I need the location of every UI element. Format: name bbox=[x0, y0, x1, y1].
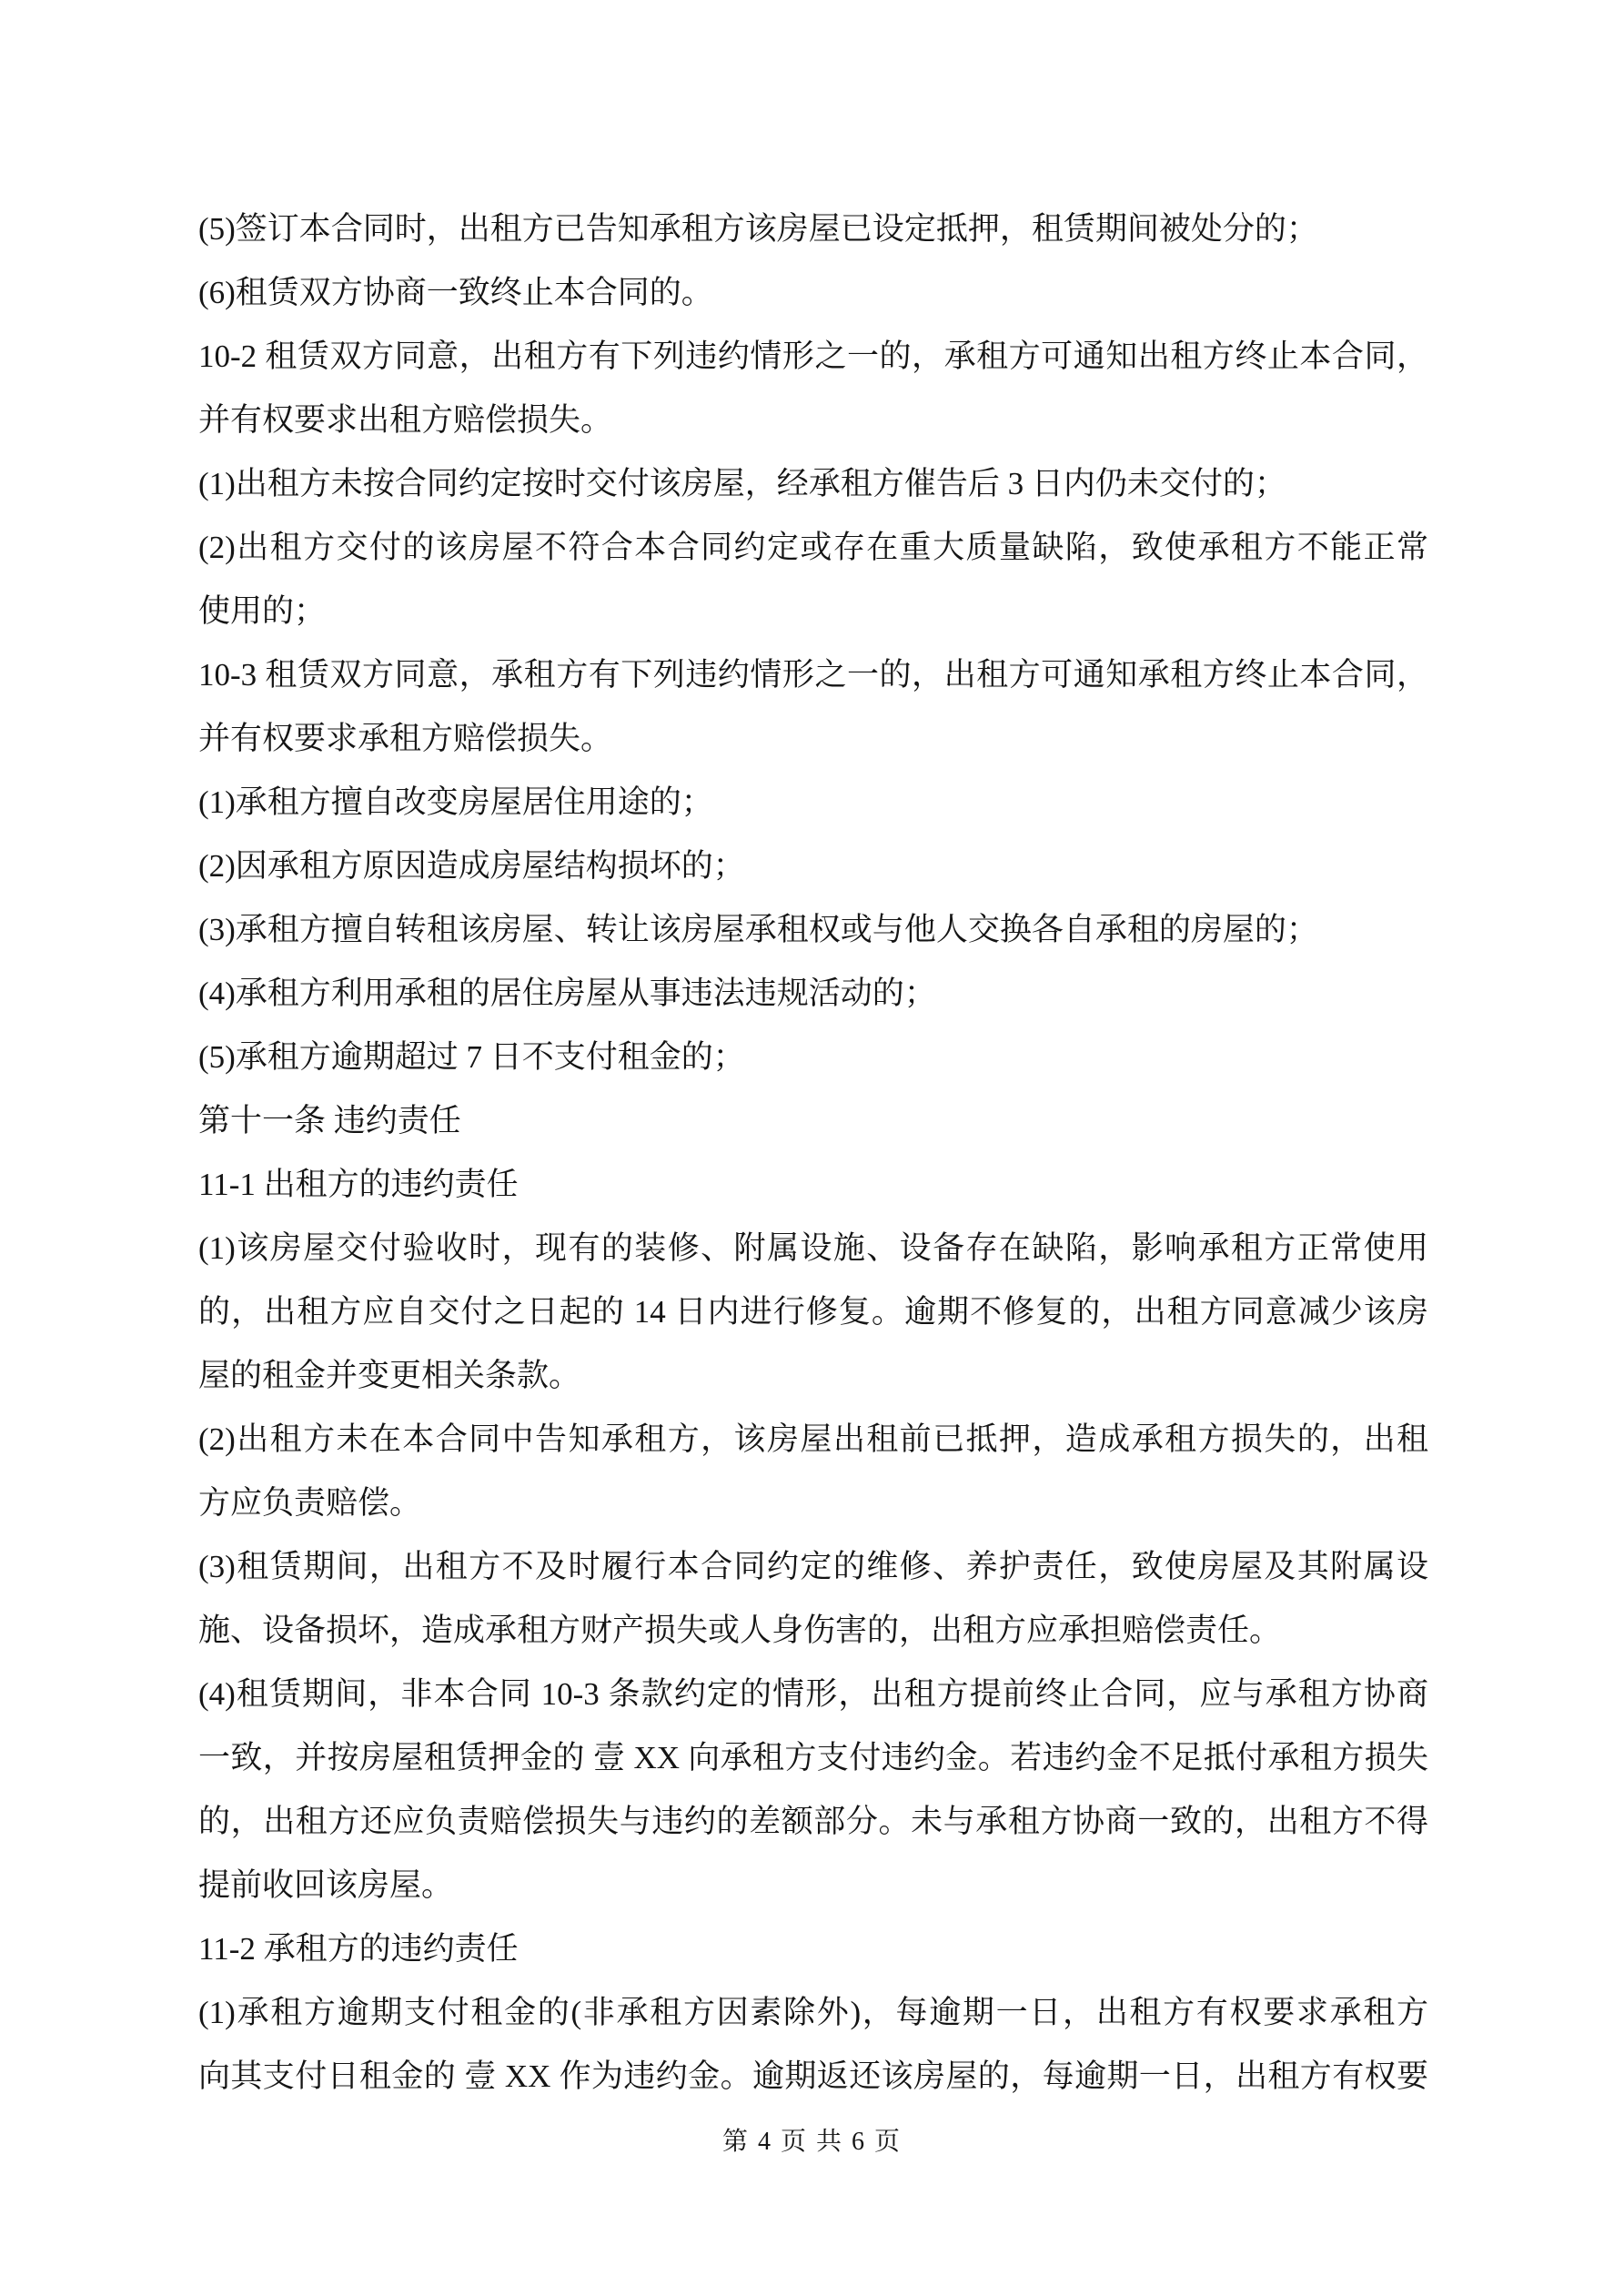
contract-line: (1)出租方未按合同约定按时交付该房屋，经承租方催告后 3 日内仍未交付的； bbox=[198, 452, 1428, 516]
contract-line: (2)出租方交付的该房屋不符合本合同约定或存在重大质量缺陷，致使承租方不能正常 bbox=[198, 516, 1428, 580]
page-number-footer: 第 4 页 共 6 页 bbox=[0, 2122, 1624, 2162]
contract-line: 11-2 承租方的违约责任 bbox=[198, 1917, 1428, 1981]
contract-line: 第十一条 违约责任 bbox=[198, 1089, 1428, 1153]
contract-line: 并有权要求出租方赔偿损失。 bbox=[198, 389, 1428, 452]
contract-line: 向其支付日租金的 壹 XX 作为违约金。逾期返还该房屋的，每逾期一日，出租方有权… bbox=[198, 2045, 1428, 2109]
contract-line: (1)承租方逾期支付租金的(非承租方因素除外)，每逾期一日，出租方有权要求承租方 bbox=[198, 1981, 1428, 2045]
contract-line: (4)承租方利用承租的居住房屋从事违法违规活动的； bbox=[198, 962, 1428, 1026]
contract-line: (2)因承租方原因造成房屋结构损坏的； bbox=[198, 834, 1428, 898]
contract-line: (3)租赁期间，出租方不及时履行本合同约定的维修、养护责任，致使房屋及其附属设 bbox=[198, 1535, 1428, 1599]
contract-line: (6)租赁双方协商一致终止本合同的。 bbox=[198, 261, 1428, 325]
contract-line: 的，出租方应自交付之日起的 14 日内进行修复。逾期不修复的，出租方同意减少该房 bbox=[198, 1280, 1428, 1344]
contract-line: 11-1 出租方的违约责任 bbox=[198, 1153, 1428, 1217]
document-body: (5)签订本合同时，出租方已告知承租方该房屋已设定抵押，租赁期间被处分的；(6)… bbox=[198, 197, 1428, 2109]
contract-line: 10-3 租赁双方同意，承租方有下列违约情形之一的，出租方可通知承租方终止本合同… bbox=[198, 643, 1428, 707]
contract-document-page: (5)签订本合同时，出租方已告知承租方该房屋已设定抵押，租赁期间被处分的；(6)… bbox=[0, 0, 1624, 2296]
contract-line: (5)承租方逾期超过 7 日不支付租金的； bbox=[198, 1026, 1428, 1089]
contract-line: 的，出租方还应负责赔偿损失与违约的差额部分。未与承租方协商一致的，出租方不得 bbox=[198, 1790, 1428, 1854]
contract-line: 10-2 租赁双方同意，出租方有下列违约情形之一的，承租方可通知出租方终止本合同… bbox=[198, 325, 1428, 389]
contract-line: (4)租赁期间，非本合同 10-3 条款约定的情形，出租方提前终止合同，应与承租… bbox=[198, 1663, 1428, 1726]
contract-line: 屋的租金并变更相关条款。 bbox=[198, 1344, 1428, 1408]
contract-line: 施、设备损坏，造成承租方财产损失或人身伤害的，出租方应承担赔偿责任。 bbox=[198, 1599, 1428, 1663]
contract-line: 方应负责赔偿。 bbox=[198, 1472, 1428, 1535]
contract-line: (2)出租方未在本合同中告知承租方，该房屋出租前已抵押，造成承租方损失的，出租 bbox=[198, 1408, 1428, 1472]
contract-line: (5)签订本合同时，出租方已告知承租方该房屋已设定抵押，租赁期间被处分的； bbox=[198, 197, 1428, 261]
contract-line: (1)承租方擅自改变房屋居住用途的； bbox=[198, 771, 1428, 834]
contract-line: 一致，并按房屋租赁押金的 壹 XX 向承租方支付违约金。若违约金不足抵付承租方损… bbox=[198, 1726, 1428, 1790]
contract-line: (1)该房屋交付验收时，现有的装修、附属设施、设备存在缺陷，影响承租方正常使用 bbox=[198, 1217, 1428, 1280]
contract-line: 并有权要求承租方赔偿损失。 bbox=[198, 707, 1428, 771]
contract-line: 使用的； bbox=[198, 580, 1428, 643]
contract-line: 提前收回该房屋。 bbox=[198, 1854, 1428, 1917]
contract-line: (3)承租方擅自转租该房屋、转让该房屋承租权或与他人交换各自承租的房屋的； bbox=[198, 898, 1428, 962]
